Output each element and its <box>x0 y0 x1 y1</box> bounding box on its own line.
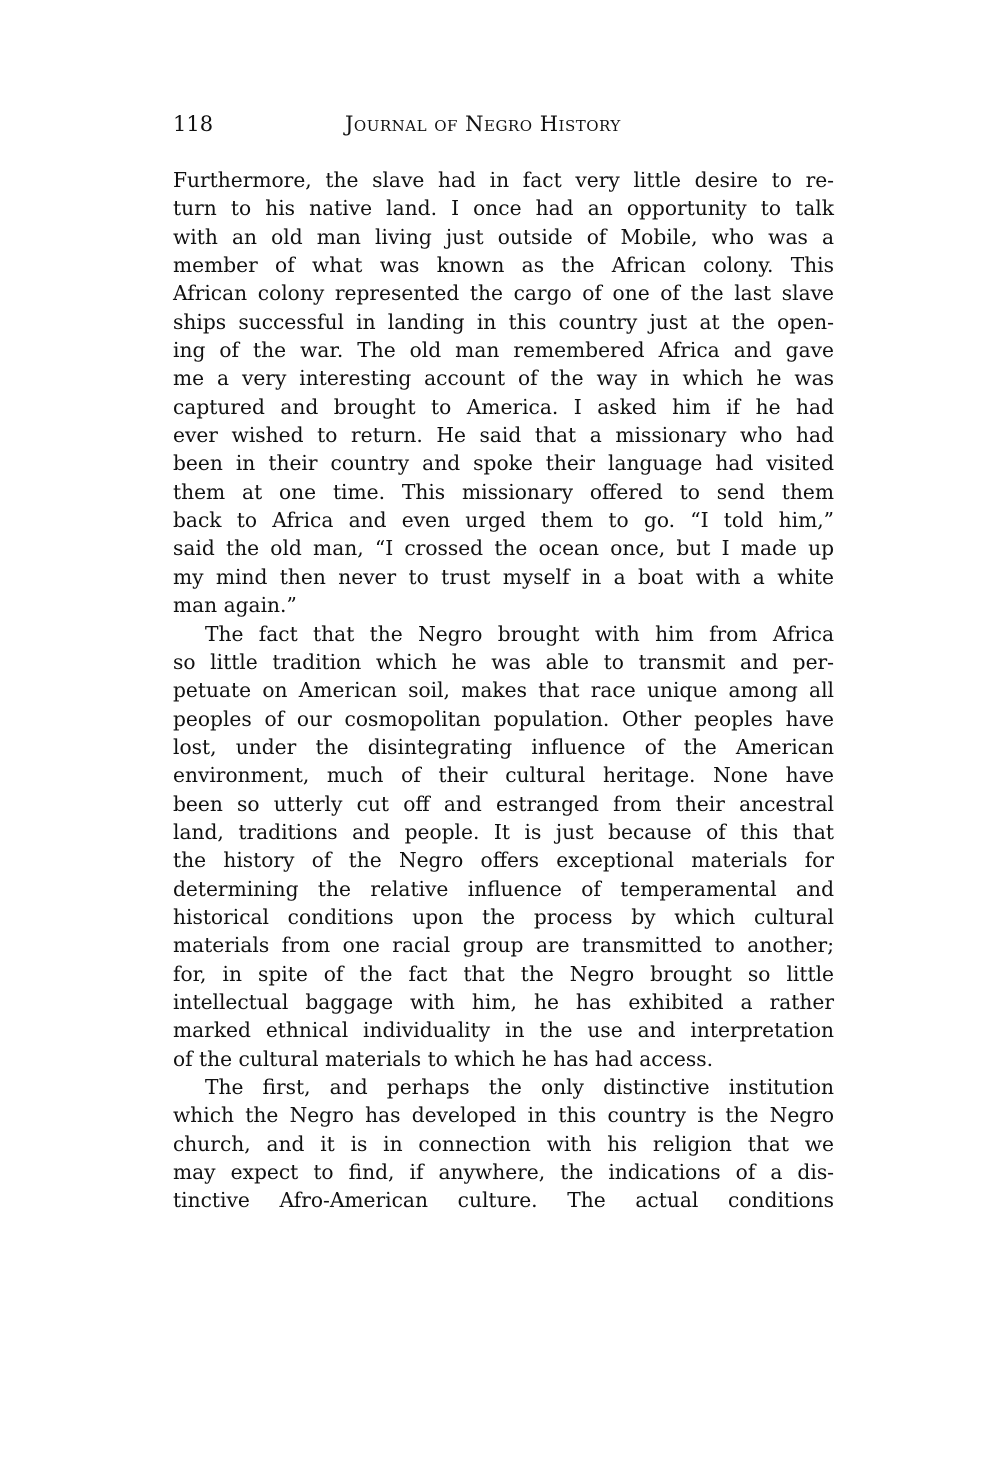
text-line: determining the relative influence of te… <box>173 875 834 903</box>
text-line: which the Negro has developed in this co… <box>173 1101 834 1129</box>
text-line: lost, under the disintegrating influence… <box>173 733 834 761</box>
text-line: been so utterly cut off and estranged fr… <box>173 790 834 818</box>
text-line: marked ethnical individuality in the use… <box>173 1016 834 1044</box>
text-line: them at one time. This missionary offere… <box>173 478 834 506</box>
text-line: intellectual baggage with him, he has ex… <box>173 988 834 1016</box>
document-page: 118 Journal of Negro History Furthermore… <box>173 104 834 1215</box>
page-number: 118 <box>173 104 213 144</box>
text-line: African colony represented the cargo of … <box>173 279 834 307</box>
paragraph: The first, and perhaps the only distinct… <box>173 1073 834 1215</box>
text-line: the history of the Negro offers exceptio… <box>173 846 834 874</box>
text-line: tinctive Afro-American culture. The actu… <box>173 1186 834 1214</box>
text-line: for, in spite of the fact that the Negro… <box>173 960 834 988</box>
text-line: petuate on American soil, makes that rac… <box>173 676 834 704</box>
text-line: ever wished to return. He said that a mi… <box>173 421 834 449</box>
text-line: me a very interesting account of the way… <box>173 364 834 392</box>
text-line: Furthermore, the slave had in fact very … <box>173 166 834 194</box>
text-line: historical conditions upon the process b… <box>173 903 834 931</box>
text-line: peoples of our cosmopolitan population. … <box>173 705 834 733</box>
text-line: my mind then never to trust myself in a … <box>173 563 834 591</box>
text-line: been in their country and spoke their la… <box>173 449 834 477</box>
text-line: member of what was known as the African … <box>173 251 834 279</box>
text-line: with an old man living just outside of M… <box>173 223 834 251</box>
text-line: ships successful in landing in this coun… <box>173 308 834 336</box>
text-line: The fact that the Negro brought with him… <box>173 620 834 648</box>
text-line: so little tradition which he was able to… <box>173 648 834 676</box>
text-line: environment, much of their cultural heri… <box>173 761 834 789</box>
body-text: Furthermore, the slave had in fact very … <box>173 166 834 1215</box>
text-line: turn to his native land. I once had an o… <box>173 194 834 222</box>
journal-title: Journal of Negro History <box>345 104 621 144</box>
text-line: said the old man, “I crossed the ocean o… <box>173 534 834 562</box>
text-line: church, and it is in connection with his… <box>173 1130 834 1158</box>
paragraph: The fact that the Negro brought with him… <box>173 620 834 1074</box>
text-line: land, traditions and people. It is just … <box>173 818 834 846</box>
text-line: The first, and perhaps the only distinct… <box>173 1073 834 1101</box>
text-line: man again.” <box>173 591 834 619</box>
text-line: of the cultural materials to which he ha… <box>173 1045 834 1073</box>
running-head: 118 Journal of Negro History <box>173 104 834 144</box>
text-line: may expect to find, if anywhere, the ind… <box>173 1158 834 1186</box>
text-line: materials from one racial group are tran… <box>173 931 834 959</box>
text-line: captured and brought to America. I asked… <box>173 393 834 421</box>
text-line: ing of the war. The old man remembered A… <box>173 336 834 364</box>
paragraph: Furthermore, the slave had in fact very … <box>173 166 834 620</box>
text-line: back to Africa and even urged them to go… <box>173 506 834 534</box>
